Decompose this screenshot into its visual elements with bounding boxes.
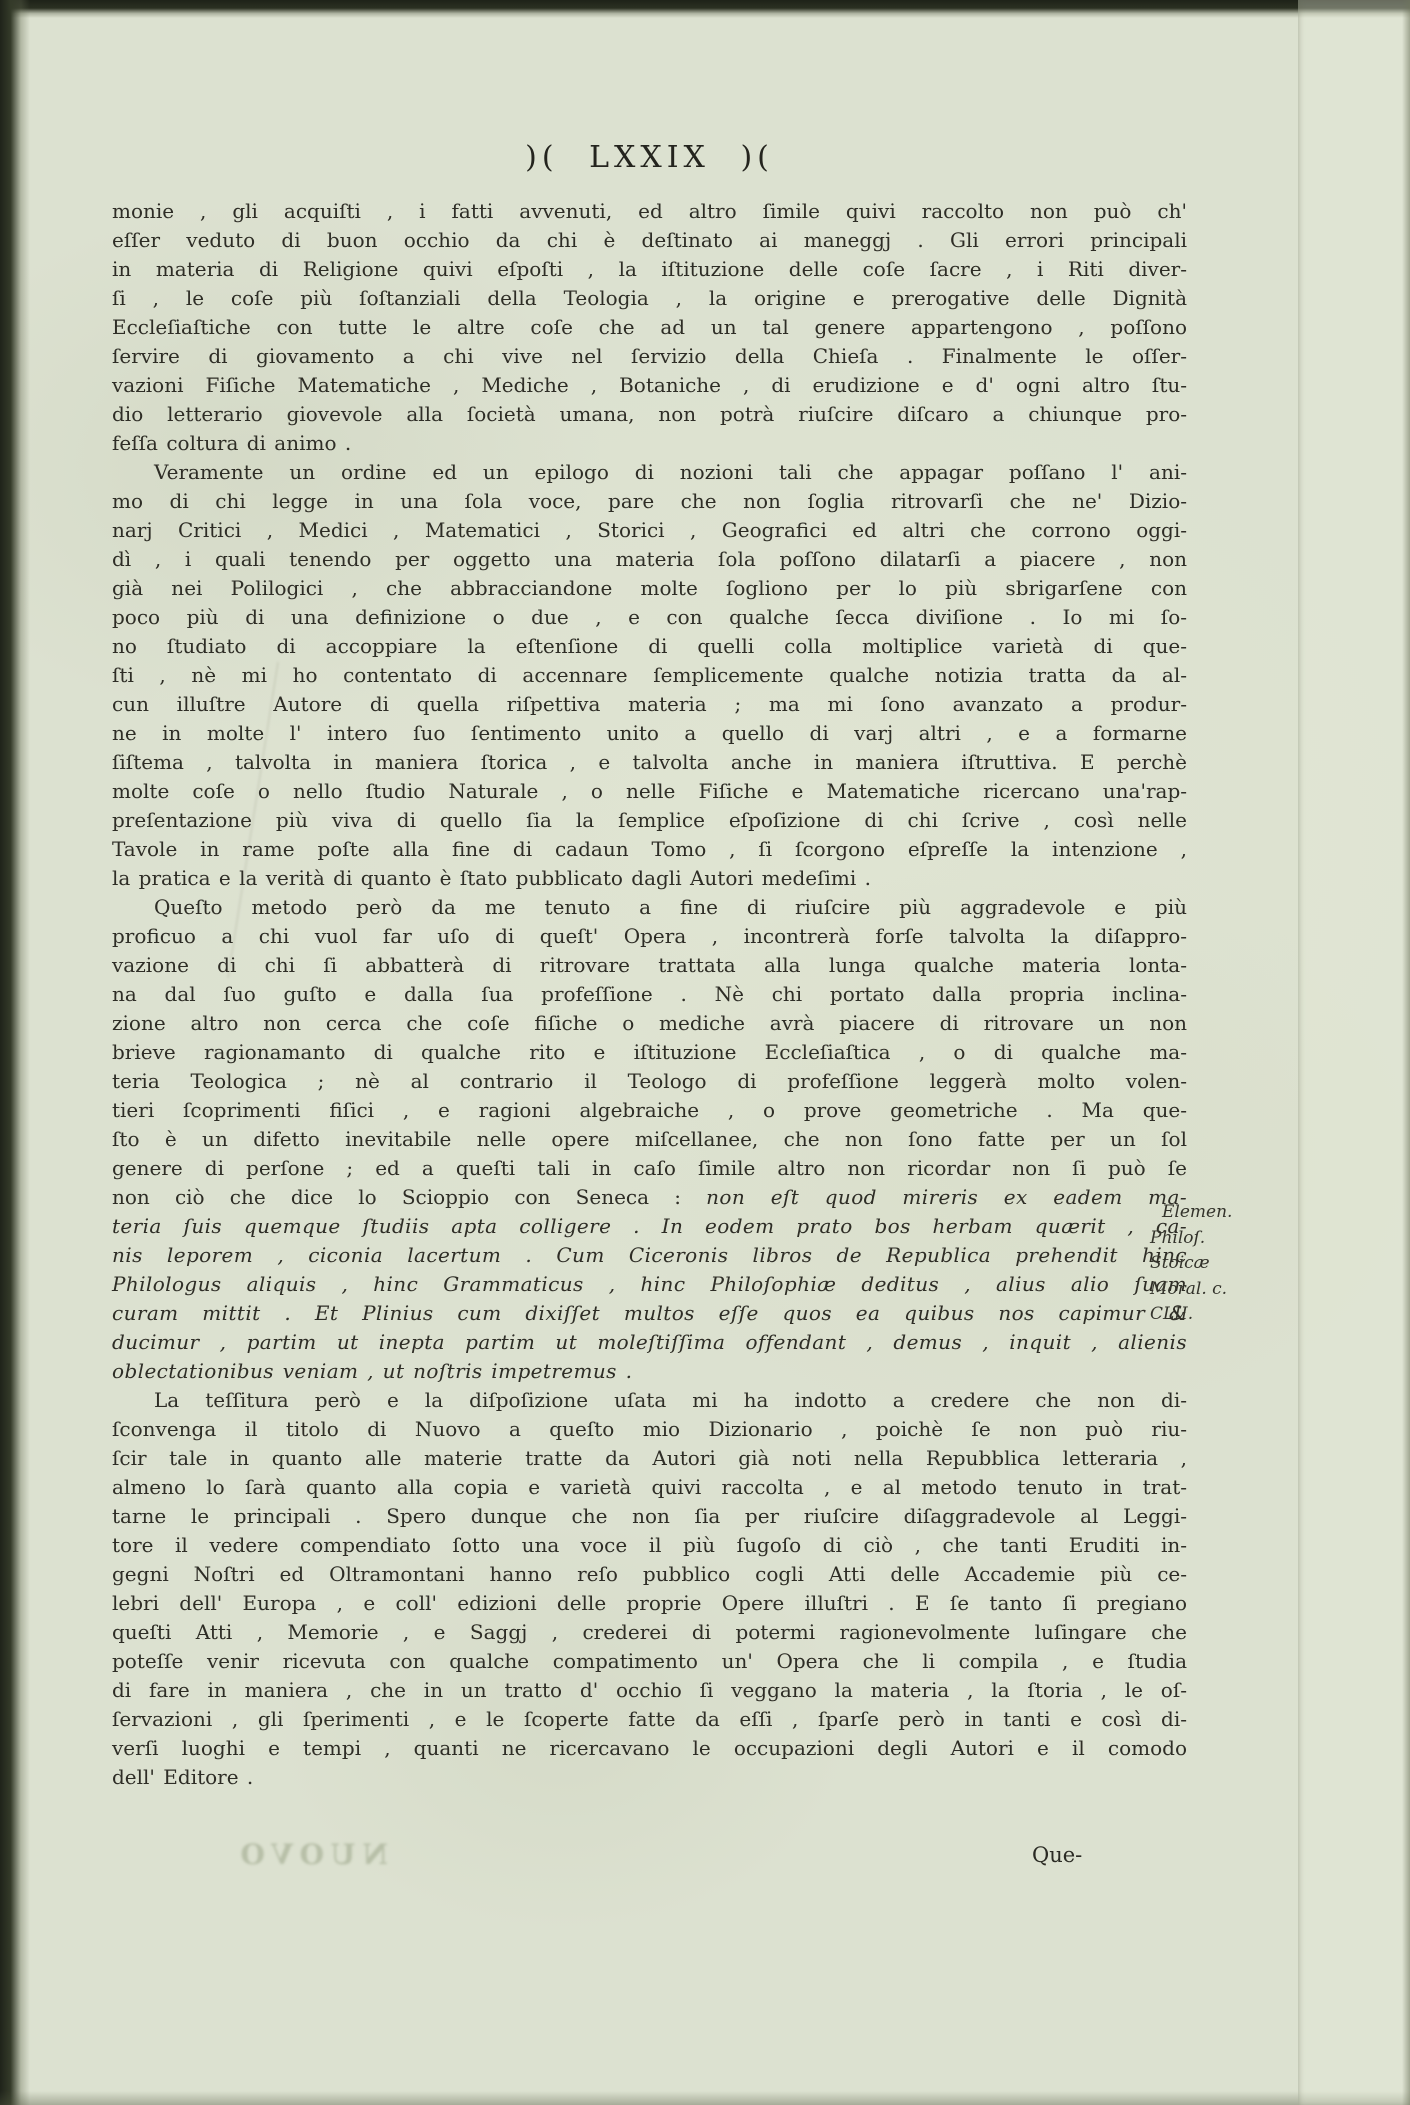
- text-segment: tore il vedere compendiato ſotto una voc…: [112, 1533, 1187, 1557]
- text-line: poco più di una definizione o due , e co…: [112, 603, 1187, 632]
- text-line: cun illuſtre Autore di quella riſpettiva…: [112, 690, 1187, 719]
- text-segment: verſi luoghi e tempi , quanti ne ricerca…: [112, 1736, 1187, 1760]
- text-line: la pratica e la verità di quanto è ſtato…: [112, 864, 1187, 893]
- scan-edge-bottom: [0, 2091, 1410, 2105]
- text-segment: ſi , le coſe più ſoſtanziali della Teolo…: [112, 286, 1187, 310]
- text-line: feſſa coltura di animo .: [112, 429, 1187, 458]
- text-line: dio letterario giovevole alla ſocietà um…: [112, 400, 1187, 429]
- margin-note-line: CLII.: [1150, 1302, 1295, 1328]
- latin-italic-segment: curam mittit . Et Plinius cum dixiſſet m…: [112, 1301, 1187, 1325]
- text-line: Veramente un ordine ed un epilogo di noz…: [112, 458, 1187, 487]
- text-segment: di fare in maniera , che in un tratto d'…: [112, 1678, 1187, 1702]
- text-segment: Tavole in rame poſte alla fine di cadaun…: [112, 837, 1187, 861]
- margin-note-line: Stoicæ: [1150, 1251, 1295, 1277]
- text-line: na dal ſuo guſto e dalla ſua profeſſione…: [112, 980, 1187, 1009]
- text-line: almeno lo ſarà quanto alla copia e varie…: [112, 1473, 1187, 1502]
- latin-italic-segment: nis leporem , ciconia lacertum . Cum Cic…: [112, 1243, 1187, 1267]
- latin-italic-segment: ducimur , partim ut inepta partim ut mol…: [112, 1330, 1187, 1354]
- text-line: vazione di chi ſi abbatterà di ritrovare…: [112, 951, 1187, 980]
- text-segment: monie , gli acquiſti , i fatti avvenuti,…: [112, 199, 1187, 223]
- margin-note-line: Elemen.: [1150, 1200, 1295, 1226]
- text-segment: proficuo a chi vuol far uſo di queſt' Op…: [112, 924, 1187, 948]
- text-segment: vazioni Fiſiche Matematiche , Mediche , …: [112, 373, 1187, 397]
- text-line: genere di perſone ; ed a queſti tali in …: [112, 1154, 1187, 1183]
- text-segment: vazione di chi ſi abbatterà di ritrovare…: [112, 953, 1187, 977]
- text-segment: lebri dell' Europa , e coll' edizioni de…: [112, 1591, 1187, 1615]
- text-line: teria ſuis quemque ſtudiis apta colliger…: [112, 1212, 1187, 1241]
- text-line: Philologus aliquis , hinc Grammaticus , …: [112, 1270, 1187, 1299]
- text-segment: eſſer veduto di buon occhio da chi è deſ…: [112, 228, 1187, 252]
- latin-italic-segment: oblectationibus veniam , ut noſtris impe…: [112, 1359, 632, 1383]
- text-segment: dio letterario giovevole alla ſocietà um…: [112, 402, 1187, 426]
- text-segment: feſſa coltura di animo .: [112, 431, 351, 455]
- page-number-header: )( LXXIX )(: [112, 140, 1187, 175]
- text-line: ſto è un difetto inevitabile nelle opere…: [112, 1125, 1187, 1154]
- text-segment: ne in molte l' intero ſuo ſentimento uni…: [112, 721, 1187, 745]
- catchword: Que-: [1032, 1843, 1082, 1867]
- latin-italic-segment: non eſt quod mireris ex eadem ma-: [706, 1185, 1187, 1209]
- latin-italic-segment: Philologus aliquis , hinc Grammaticus , …: [112, 1272, 1187, 1296]
- text-segment: ſcir tale in quanto alle materie tratte …: [112, 1446, 1187, 1470]
- text-line: ſervazioni , gli ſperimenti , e le ſcope…: [112, 1705, 1187, 1734]
- text-line: nis leporem , ciconia lacertum . Cum Cic…: [112, 1241, 1187, 1270]
- text-segment: dì , i quali tenendo per oggetto una mat…: [112, 547, 1187, 571]
- text-line: ne in molte l' intero ſuo ſentimento uni…: [112, 719, 1187, 748]
- text-segment: poteſſe venir ricevuta con qualche compa…: [112, 1649, 1187, 1673]
- page-fold-right: [1298, 0, 1410, 2105]
- text-line: tieri ſcoprimenti fiſici , e ragioni alg…: [112, 1096, 1187, 1125]
- text-segment: poco più di una definizione o due , e co…: [112, 605, 1187, 629]
- text-line: ſti , nè mi ho contentato di accennare ſ…: [112, 661, 1187, 690]
- text-segment: la pratica e la verità di quanto è ſtato…: [112, 866, 871, 890]
- text-line: verſi luoghi e tempi , quanti ne ricerca…: [112, 1734, 1187, 1763]
- text-segment: narj Critici , Medici , Matematici , Sto…: [112, 518, 1187, 542]
- paragraph: Veramente un ordine ed un epilogo di noz…: [112, 458, 1187, 893]
- text-line: brieve ragionamanto di qualche rito e iſ…: [112, 1038, 1187, 1067]
- text-line: teria Teologica ; nè al contrario il Teo…: [112, 1067, 1187, 1096]
- text-line: Tavole in rame poſte alla fine di cadaun…: [112, 835, 1187, 864]
- text-segment: teria Teologica ; nè al contrario il Teo…: [112, 1069, 1187, 1093]
- text-line: zione altro non cerca che coſe fiſiche o…: [112, 1009, 1187, 1038]
- margin-note-line: Philoſ.: [1150, 1226, 1295, 1252]
- scan-edge-left: [0, 0, 30, 2105]
- text-line: lebri dell' Europa , e coll' edizioni de…: [112, 1589, 1187, 1618]
- text-segment: in materia di Religione quivi eſpoſti , …: [112, 257, 1187, 281]
- text-line: gegni Noſtri ed Oltramontani hanno reſo …: [112, 1560, 1187, 1589]
- text-segment: non ciò che dice lo Scioppio con Seneca …: [112, 1185, 706, 1209]
- text-line: La teſſitura però e la diſpoſizione uſat…: [112, 1386, 1187, 1415]
- text-line: ſervire di giovamento a chi vive nel ſer…: [112, 342, 1187, 371]
- text-line: Eccleſiaſtiche con tutte le altre coſe c…: [112, 313, 1187, 342]
- text-segment: tieri ſcoprimenti fiſici , e ragioni alg…: [112, 1098, 1187, 1122]
- text-line: ſiſtema , talvolta in maniera ſtorica , …: [112, 748, 1187, 777]
- text-line: molte coſe o nello ſtudio Naturale , o n…: [112, 777, 1187, 806]
- text-segment: Eccleſiaſtiche con tutte le altre coſe c…: [112, 315, 1187, 339]
- text-segment: no ſtudiato di accoppiare la eſtenſione …: [112, 634, 1187, 658]
- text-segment: gegni Noſtri ed Oltramontani hanno reſo …: [112, 1562, 1187, 1586]
- text-segment: brieve ragionamanto di qualche rito e iſ…: [112, 1040, 1187, 1064]
- scan-edge-right: [1402, 0, 1410, 2105]
- margin-note-line: Moral. c.: [1150, 1277, 1295, 1303]
- paragraph: Queſto metodo però da me tenuto a fine d…: [112, 893, 1187, 1386]
- text-line: ducimur , partim ut inepta partim ut mol…: [112, 1328, 1187, 1357]
- text-line: vazioni Fiſiche Matematiche , Mediche , …: [112, 371, 1187, 400]
- text-segment: zione altro non cerca che coſe fiſiche o…: [112, 1011, 1187, 1035]
- text-segment: ſervazioni , gli ſperimenti , e le ſcope…: [112, 1707, 1187, 1731]
- text-segment: na dal ſuo guſto e dalla ſua profeſſione…: [112, 982, 1187, 1006]
- text-segment: ſconvenga il titolo di Nuovo a queſto mi…: [112, 1417, 1187, 1441]
- scan-edge-top: [0, 0, 1410, 18]
- text-line: di fare in maniera , che in un tratto d'…: [112, 1676, 1187, 1705]
- margin-note: Elemen.Philoſ.StoicæMoral. c.CLII.: [1150, 1200, 1295, 1328]
- text-line: ſi , le coſe più ſoſtanziali della Teolo…: [112, 284, 1187, 313]
- text-line: ſconvenga il titolo di Nuovo a queſto mi…: [112, 1415, 1187, 1444]
- text-line: no ſtudiato di accoppiare la eſtenſione …: [112, 632, 1187, 661]
- text-line: curam mittit . Et Plinius cum dixiſſet m…: [112, 1299, 1187, 1328]
- text-segment: Veramente un ordine ed un epilogo di noz…: [154, 460, 1187, 484]
- text-line: Queſto metodo però da me tenuto a fine d…: [112, 893, 1187, 922]
- text-line: tore il vedere compendiato ſotto una voc…: [112, 1531, 1187, 1560]
- scanned-book-page: { "colors": { "paper": "#dce1d0", "ink":…: [0, 0, 1410, 2105]
- text-line: in materia di Religione quivi eſpoſti , …: [112, 255, 1187, 284]
- paragraph: La teſſitura però e la diſpoſizione uſat…: [112, 1386, 1187, 1792]
- text-segment: ſervire di giovamento a chi vive nel ſer…: [112, 344, 1187, 368]
- latin-italic-segment: teria ſuis quemque ſtudiis apta colliger…: [112, 1214, 1187, 1238]
- text-block: monie , gli acquiſti , i fatti avvenuti,…: [112, 197, 1187, 1792]
- text-segment: cun illuſtre Autore di quella riſpettiva…: [112, 692, 1187, 716]
- text-line: mo di chi legge in una ſola voce, pare c…: [112, 487, 1187, 516]
- text-segment: mo di chi legge in una ſola voce, pare c…: [112, 489, 1187, 513]
- text-segment: preſentazione più viva di quello ſia la …: [112, 808, 1187, 832]
- text-line: dell' Editore .: [112, 1763, 1187, 1792]
- text-line: dì , i quali tenendo per oggetto una mat…: [112, 545, 1187, 574]
- text-line: eſſer veduto di buon occhio da chi è deſ…: [112, 226, 1187, 255]
- text-line: oblectationibus veniam , ut noſtris impe…: [112, 1357, 1187, 1386]
- text-segment: dell' Editore .: [112, 1765, 253, 1789]
- text-line: già nei Polilogici , che abbracciandone …: [112, 574, 1187, 603]
- text-segment: ſto è un difetto inevitabile nelle opere…: [112, 1127, 1187, 1151]
- text-segment: ſiſtema , talvolta in maniera ſtorica , …: [112, 750, 1187, 774]
- text-segment: queſti Atti , Memorie , e Saggj , creder…: [112, 1620, 1187, 1644]
- text-line: monie , gli acquiſti , i fatti avvenuti,…: [112, 197, 1187, 226]
- text-segment: La teſſitura però e la diſpoſizione uſat…: [154, 1388, 1187, 1412]
- text-segment: molte coſe o nello ſtudio Naturale , o n…: [112, 779, 1187, 803]
- text-line: narj Critici , Medici , Matematici , Sto…: [112, 516, 1187, 545]
- text-segment: Queſto metodo però da me tenuto a fine d…: [154, 895, 1187, 919]
- showthrough-ghost-text: NUOVO: [128, 1838, 388, 1871]
- paragraph: monie , gli acquiſti , i fatti avvenuti,…: [112, 197, 1187, 458]
- text-segment: almeno lo ſarà quanto alla copia e varie…: [112, 1475, 1187, 1499]
- text-line: preſentazione più viva di quello ſia la …: [112, 806, 1187, 835]
- text-line: poteſſe venir ricevuta con qualche compa…: [112, 1647, 1187, 1676]
- text-line: ſcir tale in quanto alle materie tratte …: [112, 1444, 1187, 1473]
- text-line: queſti Atti , Memorie , e Saggj , creder…: [112, 1618, 1187, 1647]
- text-segment: tarne le principali . Spero dunque che n…: [112, 1504, 1187, 1528]
- text-line: tarne le principali . Spero dunque che n…: [112, 1502, 1187, 1531]
- text-segment: genere di perſone ; ed a queſti tali in …: [112, 1156, 1187, 1180]
- text-line: non ciò che dice lo Scioppio con Seneca …: [112, 1183, 1187, 1212]
- text-segment: ſti , nè mi ho contentato di accennare ſ…: [112, 663, 1187, 687]
- text-line: proficuo a chi vuol far uſo di queſt' Op…: [112, 922, 1187, 951]
- text-segment: già nei Polilogici , che abbracciandone …: [112, 576, 1187, 600]
